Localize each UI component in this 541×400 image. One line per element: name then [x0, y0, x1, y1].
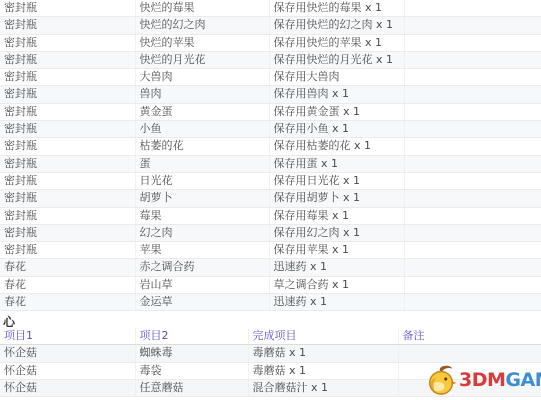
- table-row: 密封瓶 兽肉 保存用兽肉 x 1: [0, 86, 541, 103]
- cell-note: [404, 138, 541, 155]
- cell-result: 保存用幻之肉 x 1: [269, 224, 404, 241]
- cell-note: [404, 172, 541, 189]
- table-row: 密封瓶 快烂的幻之肉 保存用快烂的幻之肉 x 1: [0, 17, 541, 34]
- cell-item2: 快烂的幻之肉: [135, 17, 269, 34]
- watermark-3dmgame: 3DMGAME: [426, 362, 541, 398]
- cell-note: [398, 345, 541, 362]
- cell-note: [404, 0, 541, 17]
- cell-item1: 密封瓶: [0, 86, 135, 103]
- cell-item1: 密封瓶: [0, 190, 135, 207]
- table-row: 春花 岩山草 草之调合药 x 1: [0, 276, 541, 293]
- cell-item2: 幻之肉: [135, 224, 269, 241]
- table-row: 春花 赤之调合药 迅速药 x 1: [0, 259, 541, 276]
- table-row: 密封瓶 小鱼 保存用小鱼 x 1: [0, 121, 541, 138]
- table-row: 春花 金运草 迅速药 x 1: [0, 294, 541, 311]
- cell-note: [404, 51, 541, 68]
- cell-result: 保存用大兽肉: [269, 69, 404, 86]
- cell-result: 保存用小鱼 x 1: [269, 121, 404, 138]
- cell-item2: 大兽肉: [135, 69, 269, 86]
- cell-item1: 密封瓶: [0, 155, 135, 172]
- cell-result: 迅速药 x 1: [269, 294, 404, 311]
- table-row: 密封瓶 快烂的莓果 保存用快烂的莓果 x 1: [0, 0, 541, 17]
- cell-result: 草之调合药 x 1: [269, 276, 404, 293]
- logo-text-game: GAME: [505, 362, 541, 398]
- cell-item1: 春花: [0, 294, 135, 311]
- cell-note: [404, 276, 541, 293]
- cell-item2: 快烂的莓果: [135, 0, 269, 17]
- cell-result: 保存用莓果 x 1: [269, 207, 404, 224]
- cell-item1: 密封瓶: [0, 121, 135, 138]
- table-row: 密封瓶 日光花 保存用日光花 x 1: [0, 172, 541, 189]
- cell-note: [404, 34, 541, 51]
- table-row: 密封瓶 胡萝卜 保存用胡萝卜 x 1: [0, 190, 541, 207]
- table-row: 密封瓶 苹果 保存用苹果 x 1: [0, 242, 541, 259]
- cell-item2: 胡萝卜: [135, 190, 269, 207]
- cell-note: [404, 103, 541, 120]
- cell-item2: 兽肉: [135, 86, 269, 103]
- table-row: 密封瓶 大兽肉 保存用大兽肉: [0, 69, 541, 86]
- table-row: 密封瓶 蛋 保存用蛋 x 1: [0, 155, 541, 172]
- cell-item2: 枯萎的花: [135, 138, 269, 155]
- cell-result: 保存用快烂的月光花 x 1: [269, 51, 404, 68]
- cell-item2: 蛋: [135, 155, 269, 172]
- cell-note: [404, 259, 541, 276]
- cell-item2: 蜘蛛毒: [135, 345, 248, 362]
- table-row: 密封瓶 快烂的苹果 保存用快烂的苹果 x 1: [0, 34, 541, 51]
- cell-item1: 春花: [0, 276, 135, 293]
- table-row: 密封瓶 莓果 保存用莓果 x 1: [0, 207, 541, 224]
- cell-result: 保存用快烂的幻之肉 x 1: [269, 17, 404, 34]
- cell-item2: 苹果: [135, 242, 269, 259]
- cell-result: 保存用日光花 x 1: [269, 172, 404, 189]
- cell-item1: 密封瓶: [0, 34, 135, 51]
- cell-note: [404, 190, 541, 207]
- cell-note: [404, 17, 541, 34]
- cell-item2: 快烂的月光花: [135, 51, 269, 68]
- cell-item1: 密封瓶: [0, 242, 135, 259]
- col-header-result: 完成项目: [248, 328, 398, 345]
- cell-result: 保存用兽肉 x 1: [269, 86, 404, 103]
- cell-item1: 密封瓶: [0, 207, 135, 224]
- cell-result: 保存用枯萎的花 x 1: [269, 138, 404, 155]
- cell-note: [404, 121, 541, 138]
- cell-note: [404, 224, 541, 241]
- cell-item2: 岩山草: [135, 276, 269, 293]
- table-row: 怀企菇 蜘蛛毒 毒蘑菇 x 1: [0, 345, 541, 362]
- table-row: 密封瓶 快烂的月光花 保存用快烂的月光花 x 1: [0, 51, 541, 68]
- table-row: 密封瓶 黄金蛋 保存用黄金蛋 x 1: [0, 103, 541, 120]
- header-row: 项目1 项目2 完成项目 备注: [0, 328, 541, 345]
- top-table-body: 密封瓶 快烂的莓果 保存用快烂的莓果 x 1 密封瓶 快烂的幻之肉 保存用快烂的…: [0, 0, 541, 311]
- cell-result: 保存用苹果 x 1: [269, 242, 404, 259]
- cell-note: [404, 242, 541, 259]
- cell-note: [404, 207, 541, 224]
- cell-result: 混合蘑菇汁 x 1: [248, 379, 398, 396]
- cell-item1: 密封瓶: [0, 17, 135, 34]
- cell-result: 毒蘑菇 x 1: [248, 345, 398, 362]
- cell-item1: 密封瓶: [0, 138, 135, 155]
- cell-item2: 金运草: [135, 294, 269, 311]
- cell-item2: 小鱼: [135, 121, 269, 138]
- cell-item1: 怀企菇: [0, 362, 135, 379]
- cell-item1: 怀企菇: [0, 345, 135, 362]
- table-row: 密封瓶 枯萎的花 保存用枯萎的花 x 1: [0, 138, 541, 155]
- col-header-item2: 项目2: [135, 328, 248, 345]
- cell-item2: 任意蘑菇: [135, 379, 248, 396]
- logo-text-3dm: 3DM: [459, 362, 505, 398]
- cell-item2: 快烂的苹果: [135, 34, 269, 51]
- cell-item2: 莓果: [135, 207, 269, 224]
- cell-result: 保存用快烂的苹果 x 1: [269, 34, 404, 51]
- cell-note: [404, 155, 541, 172]
- cell-result: 保存用黄金蛋 x 1: [269, 103, 404, 120]
- chick-icon: [426, 363, 458, 397]
- cell-item1: 密封瓶: [0, 0, 135, 17]
- cell-item2: 毒袋: [135, 362, 248, 379]
- cell-item1: 密封瓶: [0, 224, 135, 241]
- cell-item1: 怀企菇: [0, 379, 135, 396]
- cell-item2: 黄金蛋: [135, 103, 269, 120]
- page: 密封瓶 快烂的莓果 保存用快烂的莓果 x 1 密封瓶 快烂的幻之肉 保存用快烂的…: [0, 0, 541, 400]
- cell-result: 保存用快烂的莓果 x 1: [269, 0, 404, 17]
- cell-note: [404, 294, 541, 311]
- col-header-item1: 项目1: [0, 328, 135, 345]
- cell-item2: 日光花: [135, 172, 269, 189]
- cell-item1: 春花: [0, 259, 135, 276]
- cell-result: 保存用蛋 x 1: [269, 155, 404, 172]
- top-table: 密封瓶 快烂的莓果 保存用快烂的莓果 x 1 密封瓶 快烂的幻之肉 保存用快烂的…: [0, 0, 541, 311]
- cell-item2: 赤之调合药: [135, 259, 269, 276]
- cell-result: 保存用胡萝卜 x 1: [269, 190, 404, 207]
- cell-item1: 密封瓶: [0, 69, 135, 86]
- cell-item1: 密封瓶: [0, 51, 135, 68]
- cell-item1: 密封瓶: [0, 172, 135, 189]
- cell-note: [404, 69, 541, 86]
- table-row: 密封瓶 幻之肉 保存用幻之肉 x 1: [0, 224, 541, 241]
- cell-note: [404, 86, 541, 103]
- col-header-note: 备注: [398, 328, 541, 345]
- cell-result: 迅速药 x 1: [269, 259, 404, 276]
- cell-item1: 密封瓶: [0, 103, 135, 120]
- cell-result: 毒蘑菇 x 1: [248, 362, 398, 379]
